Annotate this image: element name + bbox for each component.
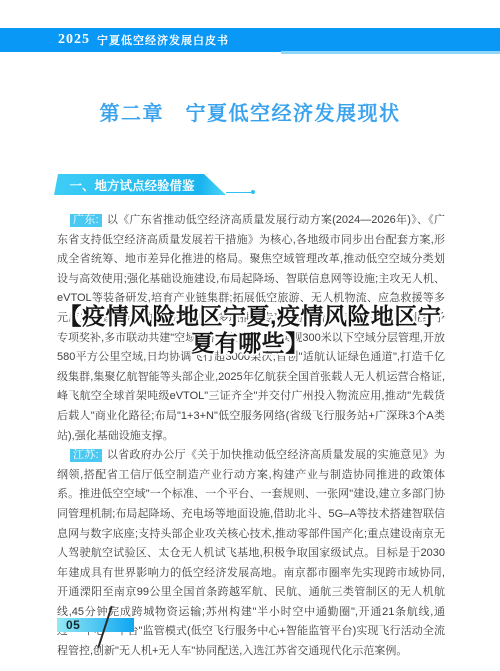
- watermark-line-2: 夏有哪些】: [0, 330, 500, 357]
- body-content: 广东:以《广东省推动低空经济高质量发展行动方案(2024—2026年)》、《广东…: [57, 211, 445, 662]
- ribbon-tail-line: [226, 192, 252, 193]
- page-number-bar: 05: [57, 618, 134, 632]
- watermark-overlay: 【疫情风险地区宁夏,疫情风险地区宁 夏有哪些】: [0, 303, 500, 357]
- section-ribbon: 一、地方试点经验借鉴: [54, 174, 226, 195]
- chapter-title: 第二章 宁夏低空经济发展现状: [0, 97, 500, 126]
- page-number: 05: [66, 618, 80, 632]
- header-bar: 2025 宁夏低空经济发展白皮书: [0, 28, 500, 52]
- section-title: 一、地方试点经验借鉴: [69, 176, 194, 194]
- header-year: 2025: [58, 32, 90, 48]
- province-label-guangdong: 广东:: [70, 214, 102, 227]
- ribbon-tail-dot: [251, 190, 255, 194]
- header-accent-line: [281, 51, 500, 54]
- province-label-jiangsu: 江苏:: [70, 449, 102, 462]
- watermark-line-1: 【疫情风险地区宁夏,疫情风险地区宁: [0, 303, 500, 330]
- whitepaper-page: 2025 宁夏低空经济发展白皮书 第二章 宁夏低空经济发展现状 一、地方试点经验…: [0, 0, 500, 671]
- header-book-title: 宁夏低空经济发展白皮书: [97, 32, 229, 48]
